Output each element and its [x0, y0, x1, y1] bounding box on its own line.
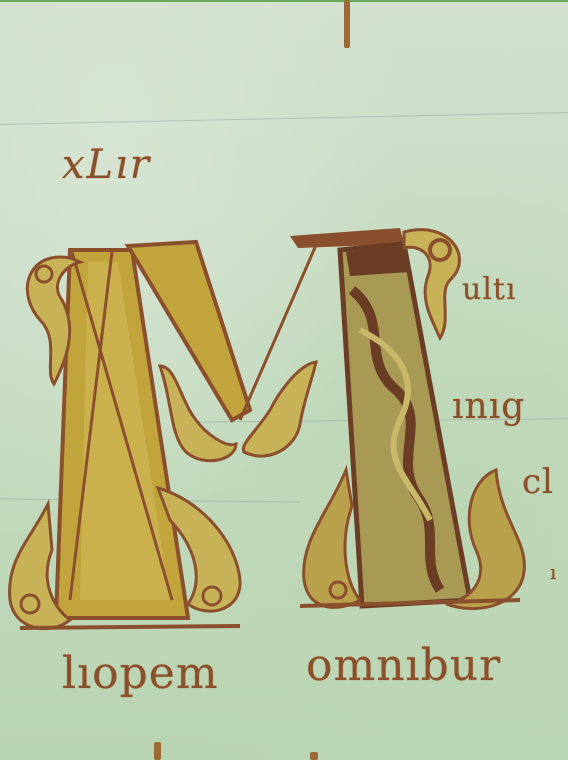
text-bottom-left: lıopem — [62, 648, 219, 699]
text-line-right-1: ultı — [462, 272, 517, 307]
text-bottom-right: omnıbur — [306, 640, 501, 691]
leaf-ornament — [243, 362, 316, 456]
text-line-right-2: ınıg — [452, 386, 525, 427]
rubric-numeral: xLır — [62, 142, 151, 188]
text-line-right-4: ı — [550, 560, 557, 584]
descender-stroke — [310, 752, 318, 760]
manuscript-page: xLır ultı ınıg cl ı lıopem omnıbur — [0, 0, 568, 760]
descender-stroke — [154, 742, 161, 760]
text-line-right-3: cl — [522, 462, 554, 502]
